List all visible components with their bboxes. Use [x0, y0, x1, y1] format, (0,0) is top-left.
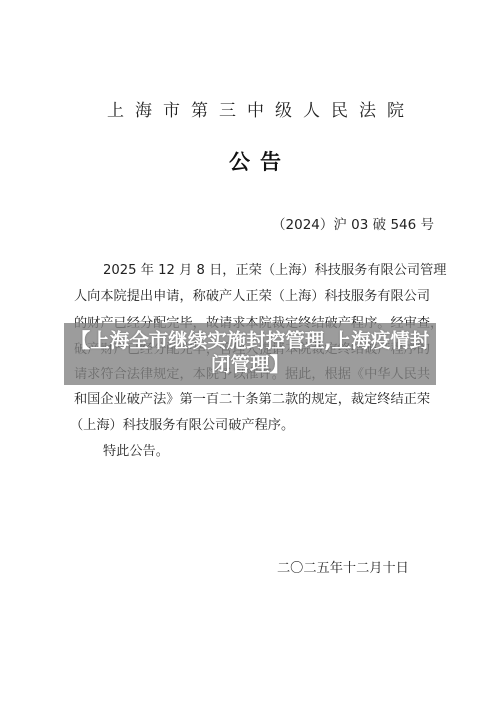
body-line: 人向本院提出申请，称破产人正荣（上海）科技服务有限公司	[74, 288, 438, 306]
document-date: 二〇二五年十二月十日	[277, 557, 409, 576]
announcement-page: 上海市第三中级人民法院 公告 （2024）沪 03 破 546 号 2025 年…	[0, 0, 500, 707]
court-name: 上海市第三中级人民法院	[0, 96, 500, 121]
body-line: 和国企业破产法》第一百二十条第二款的规定，裁定终结正荣	[74, 391, 438, 409]
body-line: （上海）科技服务有限公司破产程序。	[70, 417, 434, 435]
body-line: 2025 年 12 月 8 日，正荣（上海）科技服务有限公司管理	[103, 262, 438, 280]
overlay-headline: 【上海全市继续实施封控管理,上海疫情封闭管理】	[64, 323, 436, 385]
closing-line: 特此公告。	[103, 443, 438, 461]
case-number: （2024）沪 03 破 546 号	[272, 213, 434, 233]
document-title: 公告	[0, 146, 500, 176]
